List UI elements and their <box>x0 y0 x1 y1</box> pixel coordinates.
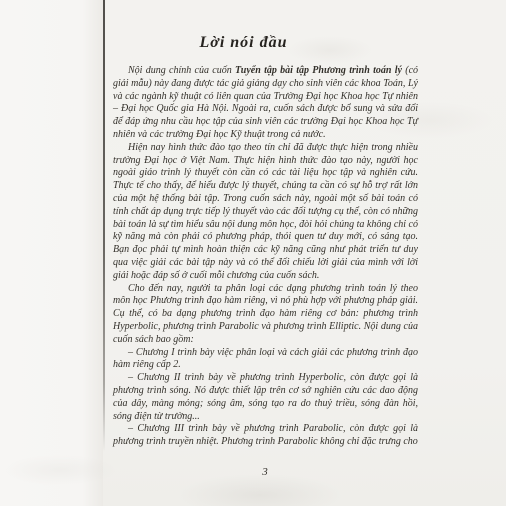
page-content: Lời nói đầu Nội dung chính của cuốn Tuyể… <box>113 0 418 52</box>
chapter-item-2: – Chương II trình bày về phương trình Hy… <box>113 372 418 423</box>
page-gutter-line <box>103 0 105 452</box>
paragraph: Cho đến nay, người ta phân loại các dạng… <box>113 283 418 347</box>
paragraph-text: Nội dung chính của cuốn <box>128 65 235 76</box>
left-margin <box>0 0 103 506</box>
paragraph: Nội dung chính của cuốn Tuyển tập bài tậ… <box>113 65 418 142</box>
chapter-item-3: – Chương III trình bày về phương trình P… <box>113 423 418 449</box>
page-number: 3 <box>255 466 275 478</box>
scanned-book-page: Lời nói đầu Nội dung chính của cuốn Tuyể… <box>0 0 506 506</box>
paragraph: Hiện nay hình thức đào tạo theo tín chỉ … <box>113 142 418 283</box>
preface-text: Nội dung chính của cuốn Tuyển tập bài tậ… <box>113 65 418 449</box>
page-title: Lời nói đầu <box>91 34 396 52</box>
paragraph-text: (có giải mẫu) này đang được tác giả giản… <box>113 65 418 140</box>
book-title: Tuyển tập bài tập Phương trình toán lý <box>235 65 402 76</box>
chapter-item-1: – Chương I trình bày việc phân loại và c… <box>113 347 418 373</box>
